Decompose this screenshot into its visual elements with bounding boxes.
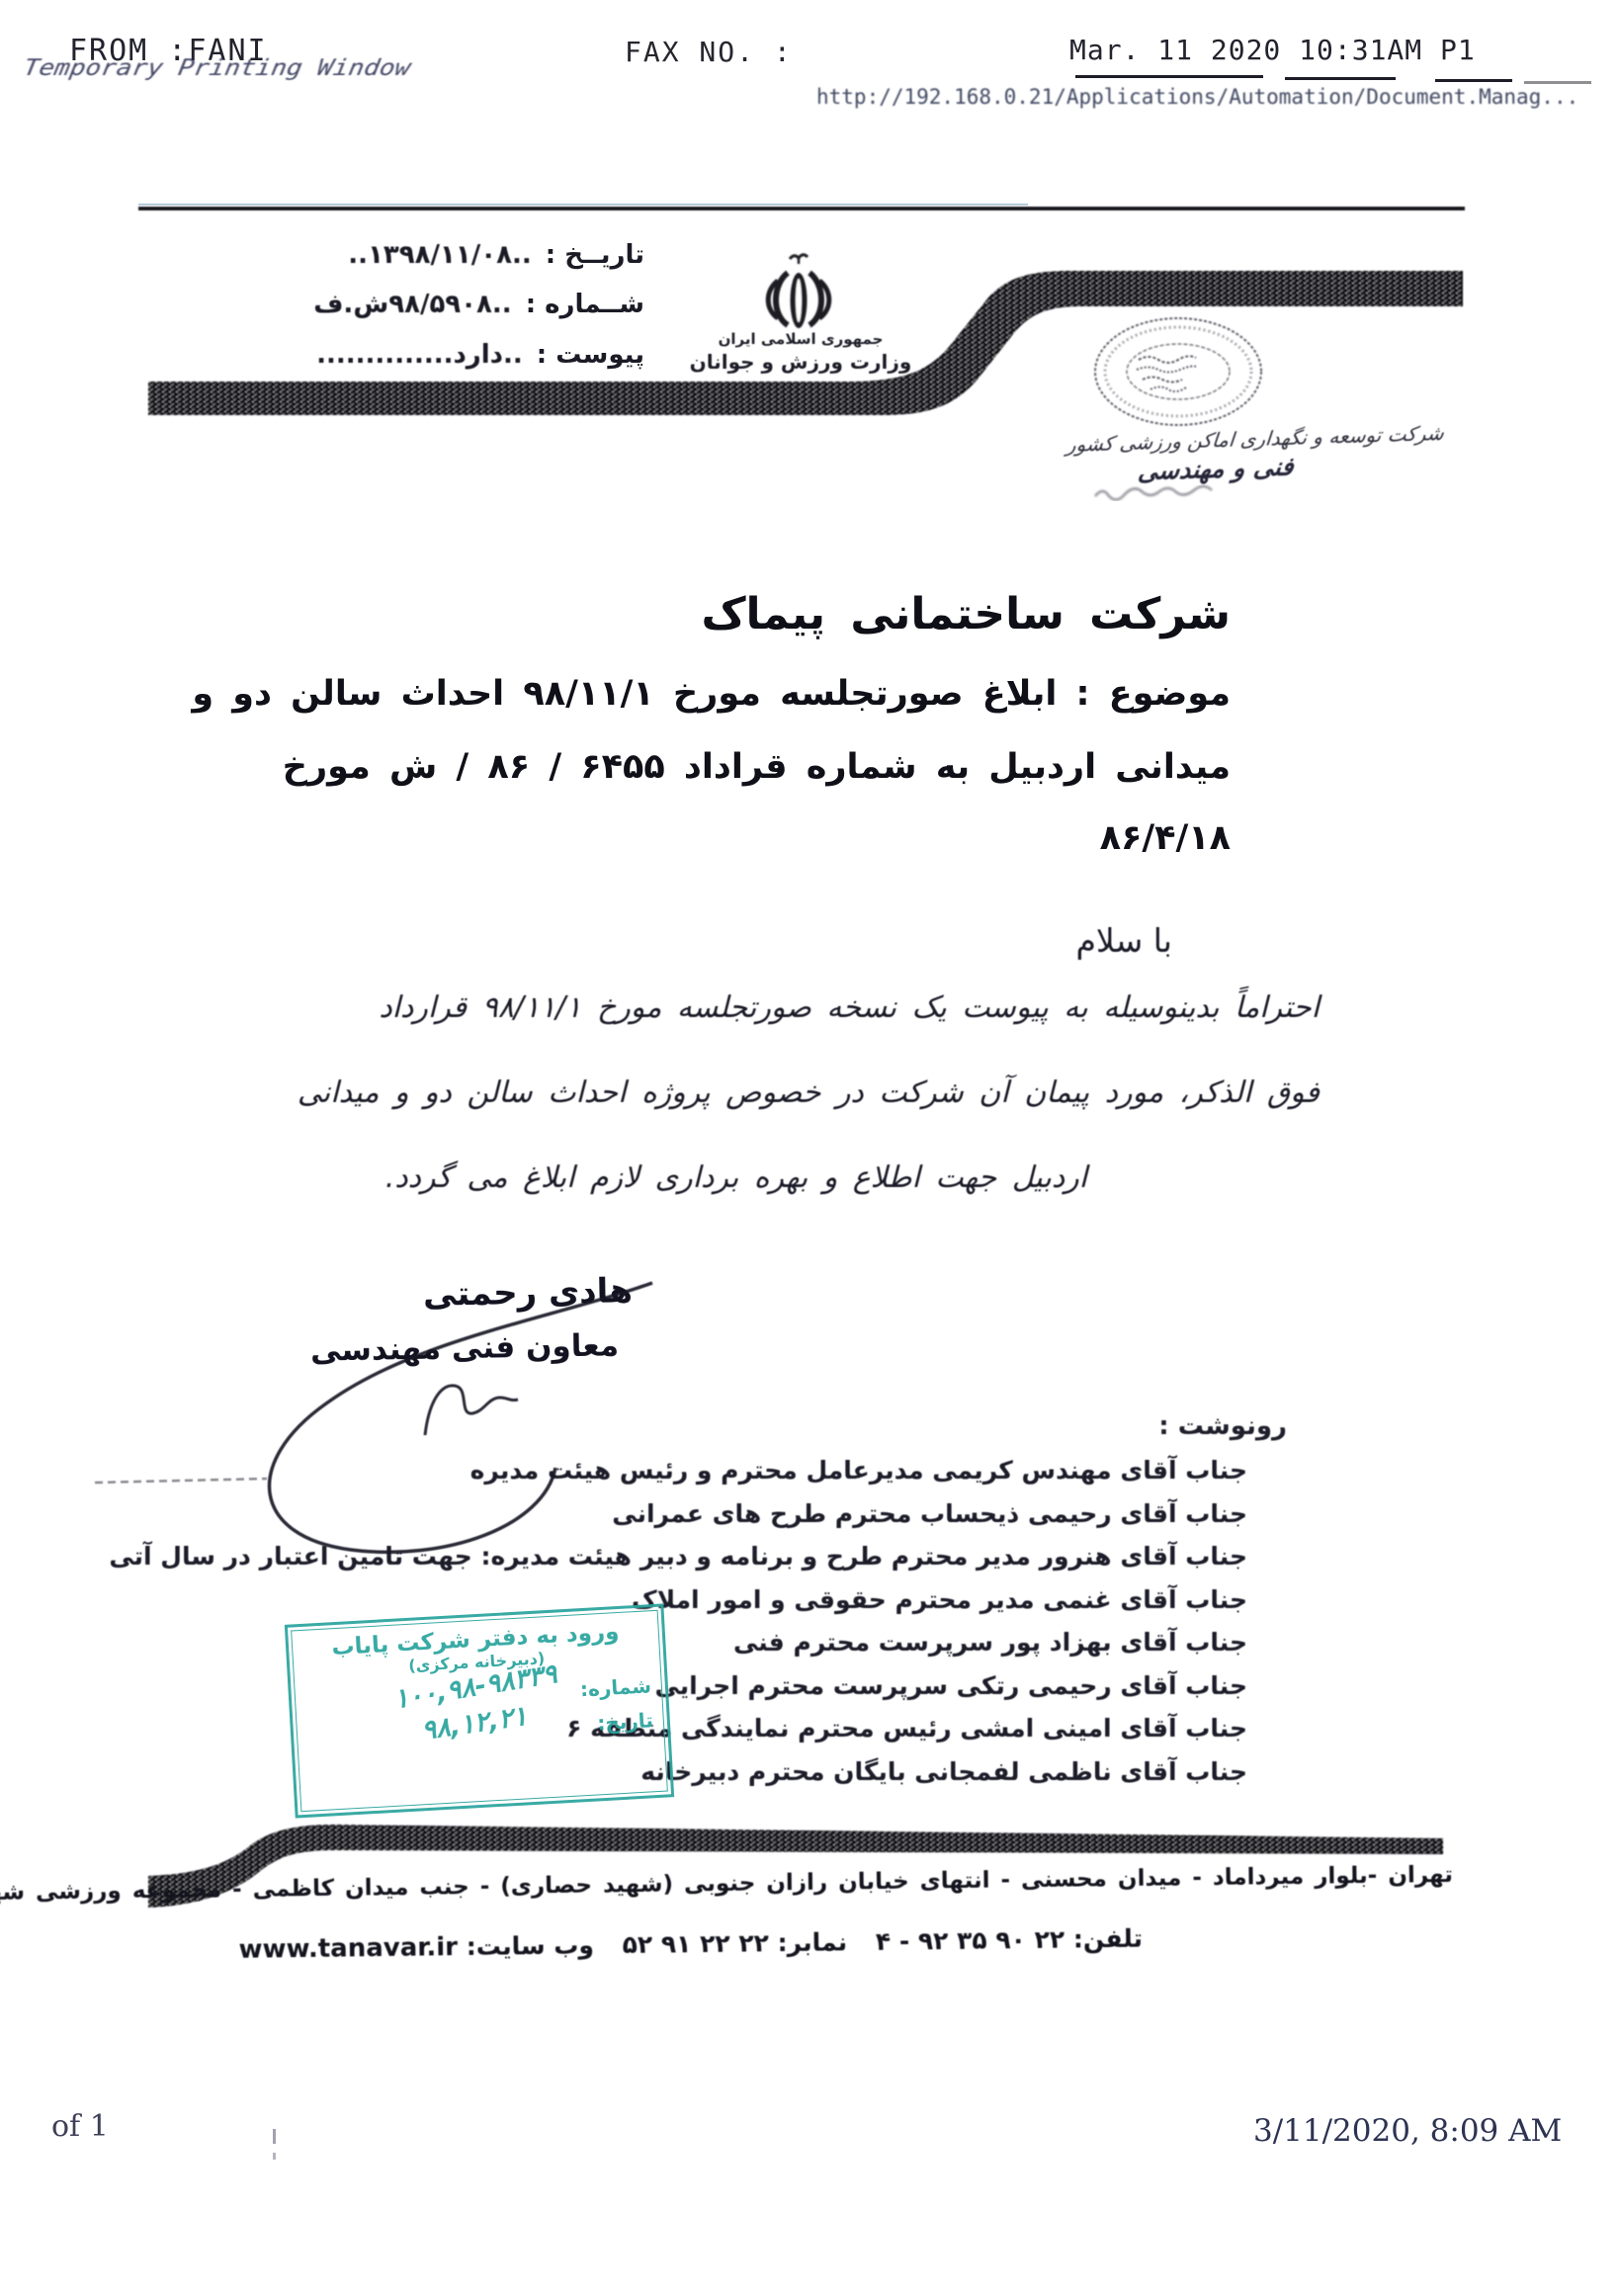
cc-item: جناب آقای مهندس کریمی مدیرعامل محترم و ر… <box>109 1449 1247 1492</box>
letterhead-attachment-label: پیوست : <box>537 340 644 370</box>
subject-line-3: ۸۶/۴/۱۸ <box>1100 818 1231 858</box>
fax-underline-1 <box>1075 75 1263 78</box>
cc-label: رونوشت : <box>1158 1411 1287 1441</box>
footer-phone-label: تلفن: <box>1073 1924 1143 1954</box>
letterhead-date-row: تاریــخ :..۱۳۹۸/۱۱/۰۸.. <box>348 240 644 270</box>
scanned-fax-document: FROM :FANI Temporary Printing Window FAX… <box>0 0 1619 2296</box>
fax-url: http://192.168.0.21/Applications/Automat… <box>816 85 1578 109</box>
fax-number-label: FAX NO. : <box>625 36 793 68</box>
footer-phone: ۲۲ ۹۰ ۳۵ ۹۲ - ۴ <box>876 1925 1065 1956</box>
letterhead-number-row: شــماره :..۹۸/۵۹۰۸ش.ف <box>313 290 644 319</box>
body-line-3: اردبیل جهت اطلاع و بهره برداری لازم ابلا… <box>385 1160 1087 1195</box>
cc-list: جناب آقای مهندس کریمی مدیرعامل محترم و ر… <box>109 1449 1247 1793</box>
letterhead-date-label: تاریــخ : <box>546 240 644 270</box>
letterhead-number-value: ..۹۸/۵۹۰۸ش.ف <box>313 290 511 319</box>
letterhead-country: جمهوری اسلامی ایران <box>682 330 919 348</box>
scan-speck <box>273 2129 276 2144</box>
entry-registration-stamp: ورود به دفتر شرکت پایاب (دبیرخانه مرکزی)… <box>285 1603 674 1818</box>
letterhead-ministry: وزارت ورزش و جوانان <box>670 350 931 374</box>
letterhead-number-label: شــماره : <box>526 290 644 319</box>
footer-website-label: وب سایت: <box>467 1930 595 1961</box>
page-indicator: of 1 <box>51 2109 109 2144</box>
cc-item: جناب آقای غنمی مدیر محترم حقوقی و امور ا… <box>109 1578 1247 1622</box>
fax-underline-2 <box>1285 77 1396 80</box>
cc-item: جناب آقای رحیمی ذیحساب محترم طرح های عمر… <box>109 1492 1247 1536</box>
fax-datetime: Mar. 11 2020 10:31AM P1 <box>1069 34 1476 66</box>
body-line-2: فوق الذکر، مورد پیمان آن شرکت در خصوص پر… <box>298 1075 1320 1110</box>
cc-item: جناب آقای ناظمی لفمجانی بایگان محترم دبی… <box>109 1750 1247 1794</box>
entry-stamp-date-value: ۹۸,۱۲,۲۱ <box>420 1701 530 1746</box>
fax-underline-3 <box>1435 79 1512 82</box>
iran-emblem-icon <box>768 255 829 328</box>
fax-overlay-note: Temporary Printing Window <box>22 55 413 81</box>
cc-item: جناب آقای هنرور مدیر محترم طرح و برنامه … <box>109 1535 1247 1578</box>
entry-stamp-subtitle: (دبیرخانه مرکزی) <box>290 1643 663 1682</box>
footer-fax-label: نمابر: <box>777 1927 847 1957</box>
letterhead-date-value: ..۱۳۹۸/۱۱/۰۸.. <box>348 240 531 270</box>
entry-stamp-title: ورود به دفتر شرکت پایاب <box>289 1617 663 1663</box>
signer-name: هادی رحمتی <box>423 1271 634 1315</box>
print-timestamp: 3/11/2020, 8:09 AM <box>1253 2113 1562 2149</box>
salutation: با سلام <box>1075 921 1172 960</box>
letterhead-attachment-row: پیوست :..دارد.............. <box>316 340 644 370</box>
stamp-scribble <box>1095 486 1212 500</box>
scan-speck <box>273 2153 276 2160</box>
signer-title: معاون فنی مهندسی <box>310 1327 620 1368</box>
body-line-1: احتراماً بدینوسیله به پیوست یک نسخه صورت… <box>379 990 1320 1025</box>
letterhead-attachment-value: ..دارد.............. <box>316 340 523 370</box>
subject-line-1: موضوع : ابلاغ صورتجلسه مورخ ۹۸/۱۱/۱ احدا… <box>192 674 1231 714</box>
entry-stamp-number-label: شماره: <box>579 1673 651 1701</box>
fax-underline-4 <box>1524 81 1591 84</box>
cc-item: جناب آقای امینی امشی رئیس محترم نمایندگی… <box>109 1707 1247 1750</box>
recipient-title: شرکت ساختمانی پیماک <box>701 589 1231 639</box>
footer-fax: ۲۲ ۲۲ ۹۱ ۵۲ <box>622 1928 769 1959</box>
footer-website: www.tanavar.ir <box>238 1932 458 1965</box>
oval-registration-stamp <box>1095 318 1261 425</box>
letterhead-top-rule <box>138 204 1465 211</box>
cc-item: جناب آقای بهزاد پور سرپرست محترم فنی <box>109 1621 1247 1664</box>
cc-item: جناب آقای رحیمی رتکی سرپرست محترم اجرایی <box>109 1664 1247 1708</box>
entry-stamp-number-value: ۱۰۰,۹۸-۹۸۳۳۹ <box>391 1658 558 1715</box>
subject-line-2: میدانی اردبیل به شماره قراداد ۶۴۵۵ / ۸۶ … <box>283 747 1231 787</box>
entry-stamp-date-label: تاریخ: <box>597 1708 654 1735</box>
